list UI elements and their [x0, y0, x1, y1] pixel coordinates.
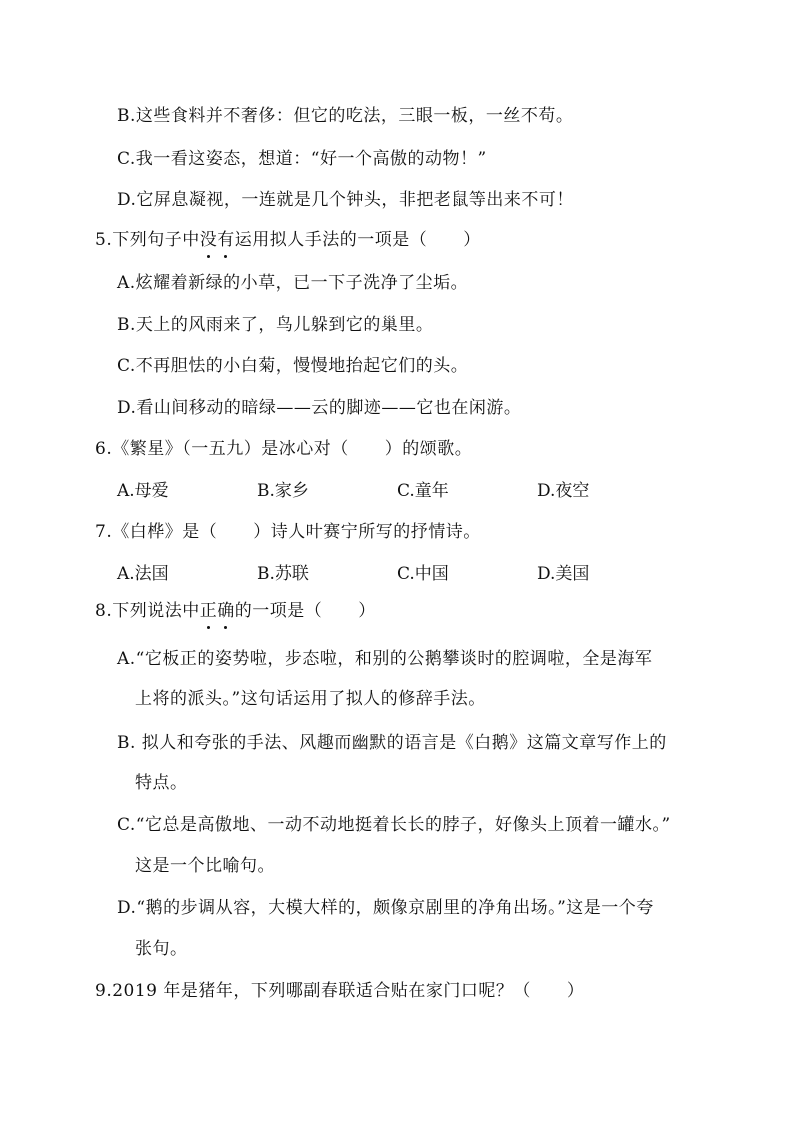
q6-option-b: B.家乡 — [257, 480, 397, 502]
question-9-stem: 9.2019 年是猪年，下列哪副春联适合贴在家门口呢？（） — [95, 980, 584, 1002]
q6-option-d: D.夜空 — [537, 480, 677, 502]
q8-option-b-line2: 特点。 — [135, 772, 188, 794]
question-6-stem: 6.《繁星》（一五九）是冰心对（）的颂歌。 — [95, 438, 472, 460]
question-7-stem: 7.《白桦》是（）诗人叶赛宁所写的抒情诗。 — [95, 521, 481, 543]
q4-option-b: B.这些食料并不奢侈：但它的吃法，三眼一板，一丝不苟。 — [117, 105, 573, 127]
q6-options: A.母爱 B.家乡 C.童年 D.夜空 — [117, 480, 677, 502]
q7-option-b: B.苏联 — [257, 563, 397, 585]
q8-option-a-line1: A.“它板正的姿势啦，步态啦，和别的公鹅攀谈时的腔调啦，全是海军 — [117, 648, 652, 670]
q7-options: A.法国 B.苏联 C.中国 D.美国 — [117, 563, 677, 585]
q4-option-c: C.我一看这姿态，想道：“好一个高傲的动物！” — [117, 148, 487, 170]
q8-option-b-line1: B. 拟人和夸张的手法、风趣而幽默的语言是《白鹅》这篇文章写作上的 — [117, 732, 667, 754]
emphasis-dot: 正 — [200, 600, 218, 622]
q8-option-c-line1: C.“它总是高傲地、一动不动地挺着长长的脖子，好像头上顶着一罐水。” — [117, 814, 671, 836]
q7-option-a: A.法国 — [117, 563, 257, 585]
q5-option-c: C.不再胆怯的小白菊，慢慢地抬起它们的头。 — [117, 355, 468, 377]
q7-option-c: C.中国 — [397, 563, 537, 585]
q6-option-c: C.童年 — [397, 480, 537, 502]
emphasis-dot: 有 — [217, 229, 235, 251]
q5-option-a: A.炫耀着新绿的小草，已一下子洗净了尘垢。 — [117, 272, 468, 294]
q5-option-d: D.看山间移动的暗绿——云的脚迹——它也在闲游。 — [117, 397, 521, 419]
question-5-stem: 5.下列句子中没有运用拟人手法的一项是（） — [95, 229, 481, 251]
emphasis-dot: 没 — [200, 229, 218, 251]
q8-option-d-line2: 张句。 — [135, 938, 188, 960]
q8-option-c-line2: 这是一个比喻句。 — [135, 855, 275, 877]
q8-option-d-line1: D.“鹅的步调从容，大模大样的，颇像京剧里的净角出场。”这是一个夸 — [117, 897, 654, 919]
q5-option-b: B.天上的风雨来了，鸟儿躲到它的巢里。 — [117, 314, 433, 336]
emphasis-dot: 确 — [217, 600, 235, 622]
question-8-stem: 8.下列说法中正确的一项是（） — [95, 600, 376, 622]
q8-option-a-line2: 上将的派头。”这句话运用了拟人的修辞手法。 — [135, 688, 486, 710]
q6-option-a: A.母爱 — [117, 480, 257, 502]
q4-option-d: D.它屏息凝视，一连就是几个钟头，非把老鼠等出来不可！ — [117, 189, 574, 211]
q7-option-d: D.美国 — [537, 563, 677, 585]
